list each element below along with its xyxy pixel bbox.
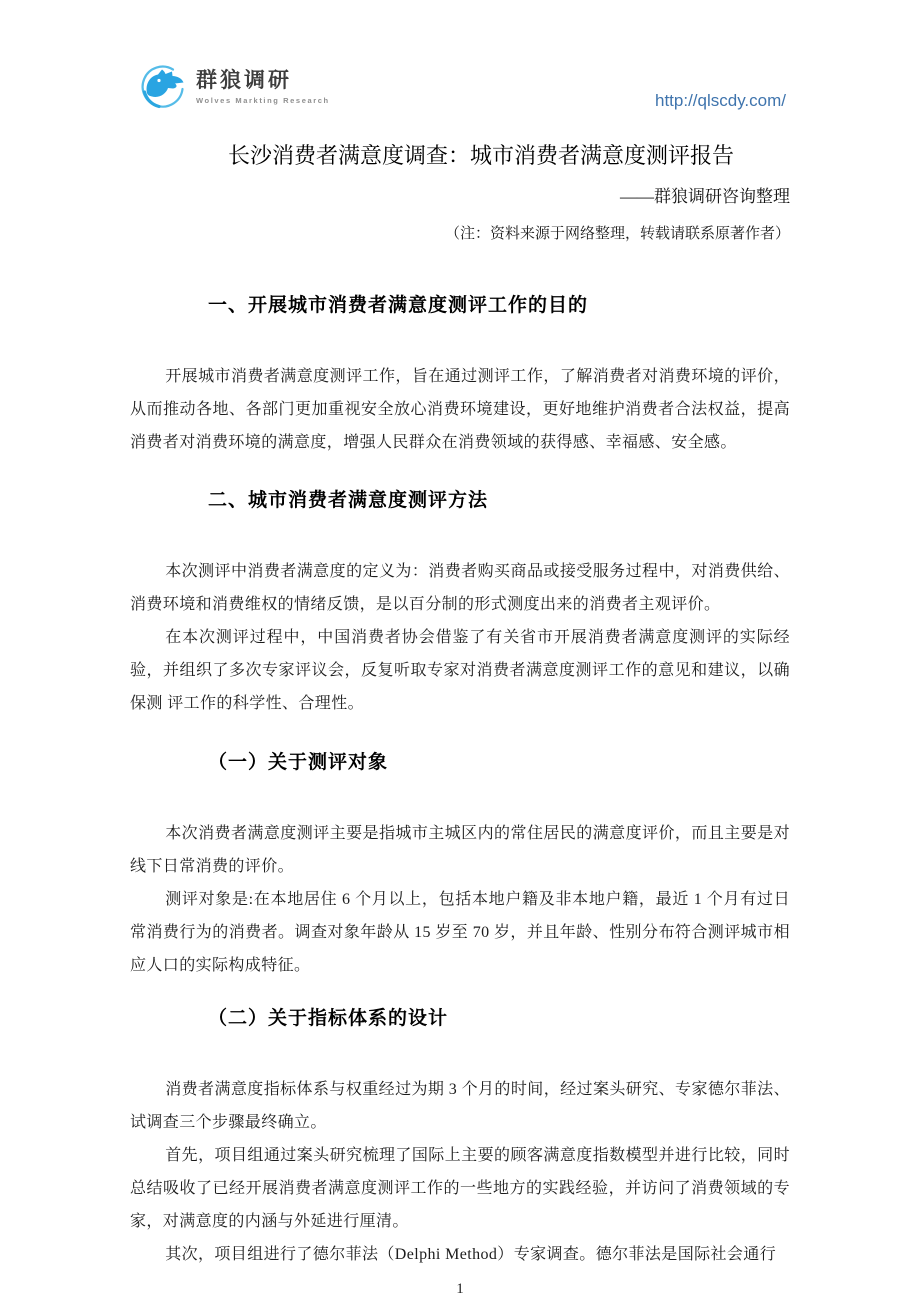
logo-brand-name: 群狼调研 xyxy=(196,70,330,92)
logo-text-block: 群狼调研 Wolves Markting Research xyxy=(196,62,330,105)
doc-title: 长沙消费者满意度调查：城市消费者满意度测评报告 xyxy=(130,139,790,172)
doc-note: （注：资料来源于网络整理，转载请联系原著作者） xyxy=(130,219,790,249)
wolf-head-icon xyxy=(139,62,189,112)
paragraph: 开展城市消费者满意度测评工作，旨在通过测评工作，了解消费者对消费环境的评价，从而… xyxy=(130,360,790,459)
page-number: 1 xyxy=(0,1281,920,1297)
logo-tagline: Wolves Markting Research xyxy=(196,96,330,105)
doc-byline: ——群狼调研咨询整理 xyxy=(130,182,790,212)
document-content: 长沙消费者满意度调查：城市消费者满意度测评报告 ——群狼调研咨询整理 （注：资料… xyxy=(130,130,790,1271)
paragraph: 其次，项目组进行了德尔菲法（Delphi Method）专家调查。德尔菲法是国际… xyxy=(130,1238,790,1271)
section-heading-1: 一、开展城市消费者满意度测评工作的目的 xyxy=(208,291,790,321)
paragraph: 本次消费者满意度测评主要是指城市主城区内的常住居民的满意度评价，而且主要是对线下… xyxy=(130,817,790,883)
paragraph: 测评对象是:在本地居住 6 个月以上，包括本地户籍及非本地户籍，最近 1 个月有… xyxy=(130,883,790,982)
site-url-link[interactable]: http://qlscdy.com/ xyxy=(655,91,786,111)
paragraph: 本次测评中消费者满意度的定义为：消费者购买商品或接受服务过程中，对消费供给、消费… xyxy=(130,555,790,621)
paragraph: 首先，项目组通过案头研究梳理了国际上主要的顾客满意度指数模型并进行比较，同时总结… xyxy=(130,1139,790,1238)
section-heading-2-2: （二）关于指标体系的设计 xyxy=(208,1004,790,1034)
brand-logo: 群狼调研 Wolves Markting Research xyxy=(139,62,330,112)
document-page: 群狼调研 Wolves Markting Research http://qls… xyxy=(0,0,920,1301)
paragraph: 消费者满意度指标体系与权重经过为期 3 个月的时间，经过案头研究、专家德尔菲法、… xyxy=(130,1073,790,1139)
paragraph: 在本次测评过程中，中国消费者协会借鉴了有关省市开展消费者满意度测评的实际经验，并… xyxy=(130,621,790,720)
section-heading-2-1: （一）关于测评对象 xyxy=(208,748,790,778)
section-heading-2: 二、城市消费者满意度测评方法 xyxy=(208,486,790,516)
